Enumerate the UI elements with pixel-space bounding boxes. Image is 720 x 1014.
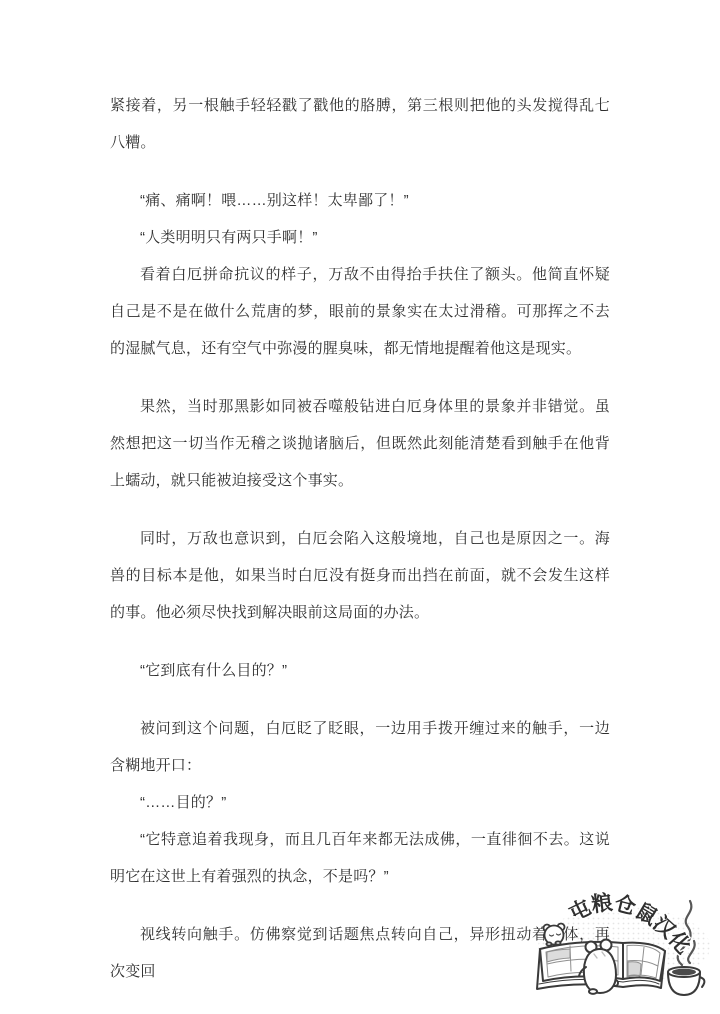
paragraph: “人类明明只有两只手啊！” [110, 219, 610, 256]
coffee-cup-icon [668, 967, 704, 995]
paragraph: 果然，当时那黑影如同被吞噬般钻进白厄身体里的景象并非错觉。虽然想把这一切当作无稽… [110, 388, 610, 499]
paragraph: “痛、痛啊！喂……别这样！太卑鄙了！” [110, 182, 610, 219]
coffee-surface [672, 969, 696, 976]
paragraph: 紧接着，另一根触手轻轻戳了戳他的胳膊，第三根则把他的头发搅得乱七八糟。 [110, 87, 610, 161]
paragraph: “它特意追着我现身，而且几百年来都无法成佛，一直徘徊不去。这说明它在这世上有着强… [110, 821, 610, 895]
paragraph: “……目的？” [110, 784, 610, 821]
novel-text-block: 紧接着，另一根触手轻轻戳了戳他的胳膊，第三根则把他的头发搅得乱七八糟。“痛、痛啊… [0, 0, 720, 990]
novel-page: 紧接着，另一根触手轻轻戳了戳他的胳膊，第三根则把他的头发搅得乱七八糟。“痛、痛啊… [0, 0, 720, 1014]
sleeping-hamster-icon [544, 924, 565, 946]
paragraph: “它到底有什么目的？” [110, 652, 610, 689]
paragraph: 被问到这个问题，白厄眨了眨眼，一边用手拨开缠过来的触手，一边含糊地开口： [110, 710, 610, 784]
paragraph: 看着白厄拼命抗议的样子，万敌不由得抬手扶住了额头。他简直怀疑自己是不是在做什么荒… [110, 256, 610, 367]
paragraph: 同时，万敌也意识到，白厄会陷入这般境地，自己也是原因之一。海兽的目标本是他，如果… [110, 520, 610, 631]
translation-group-watermark: 屯粮仓鼠汉化 [532, 887, 712, 1012]
